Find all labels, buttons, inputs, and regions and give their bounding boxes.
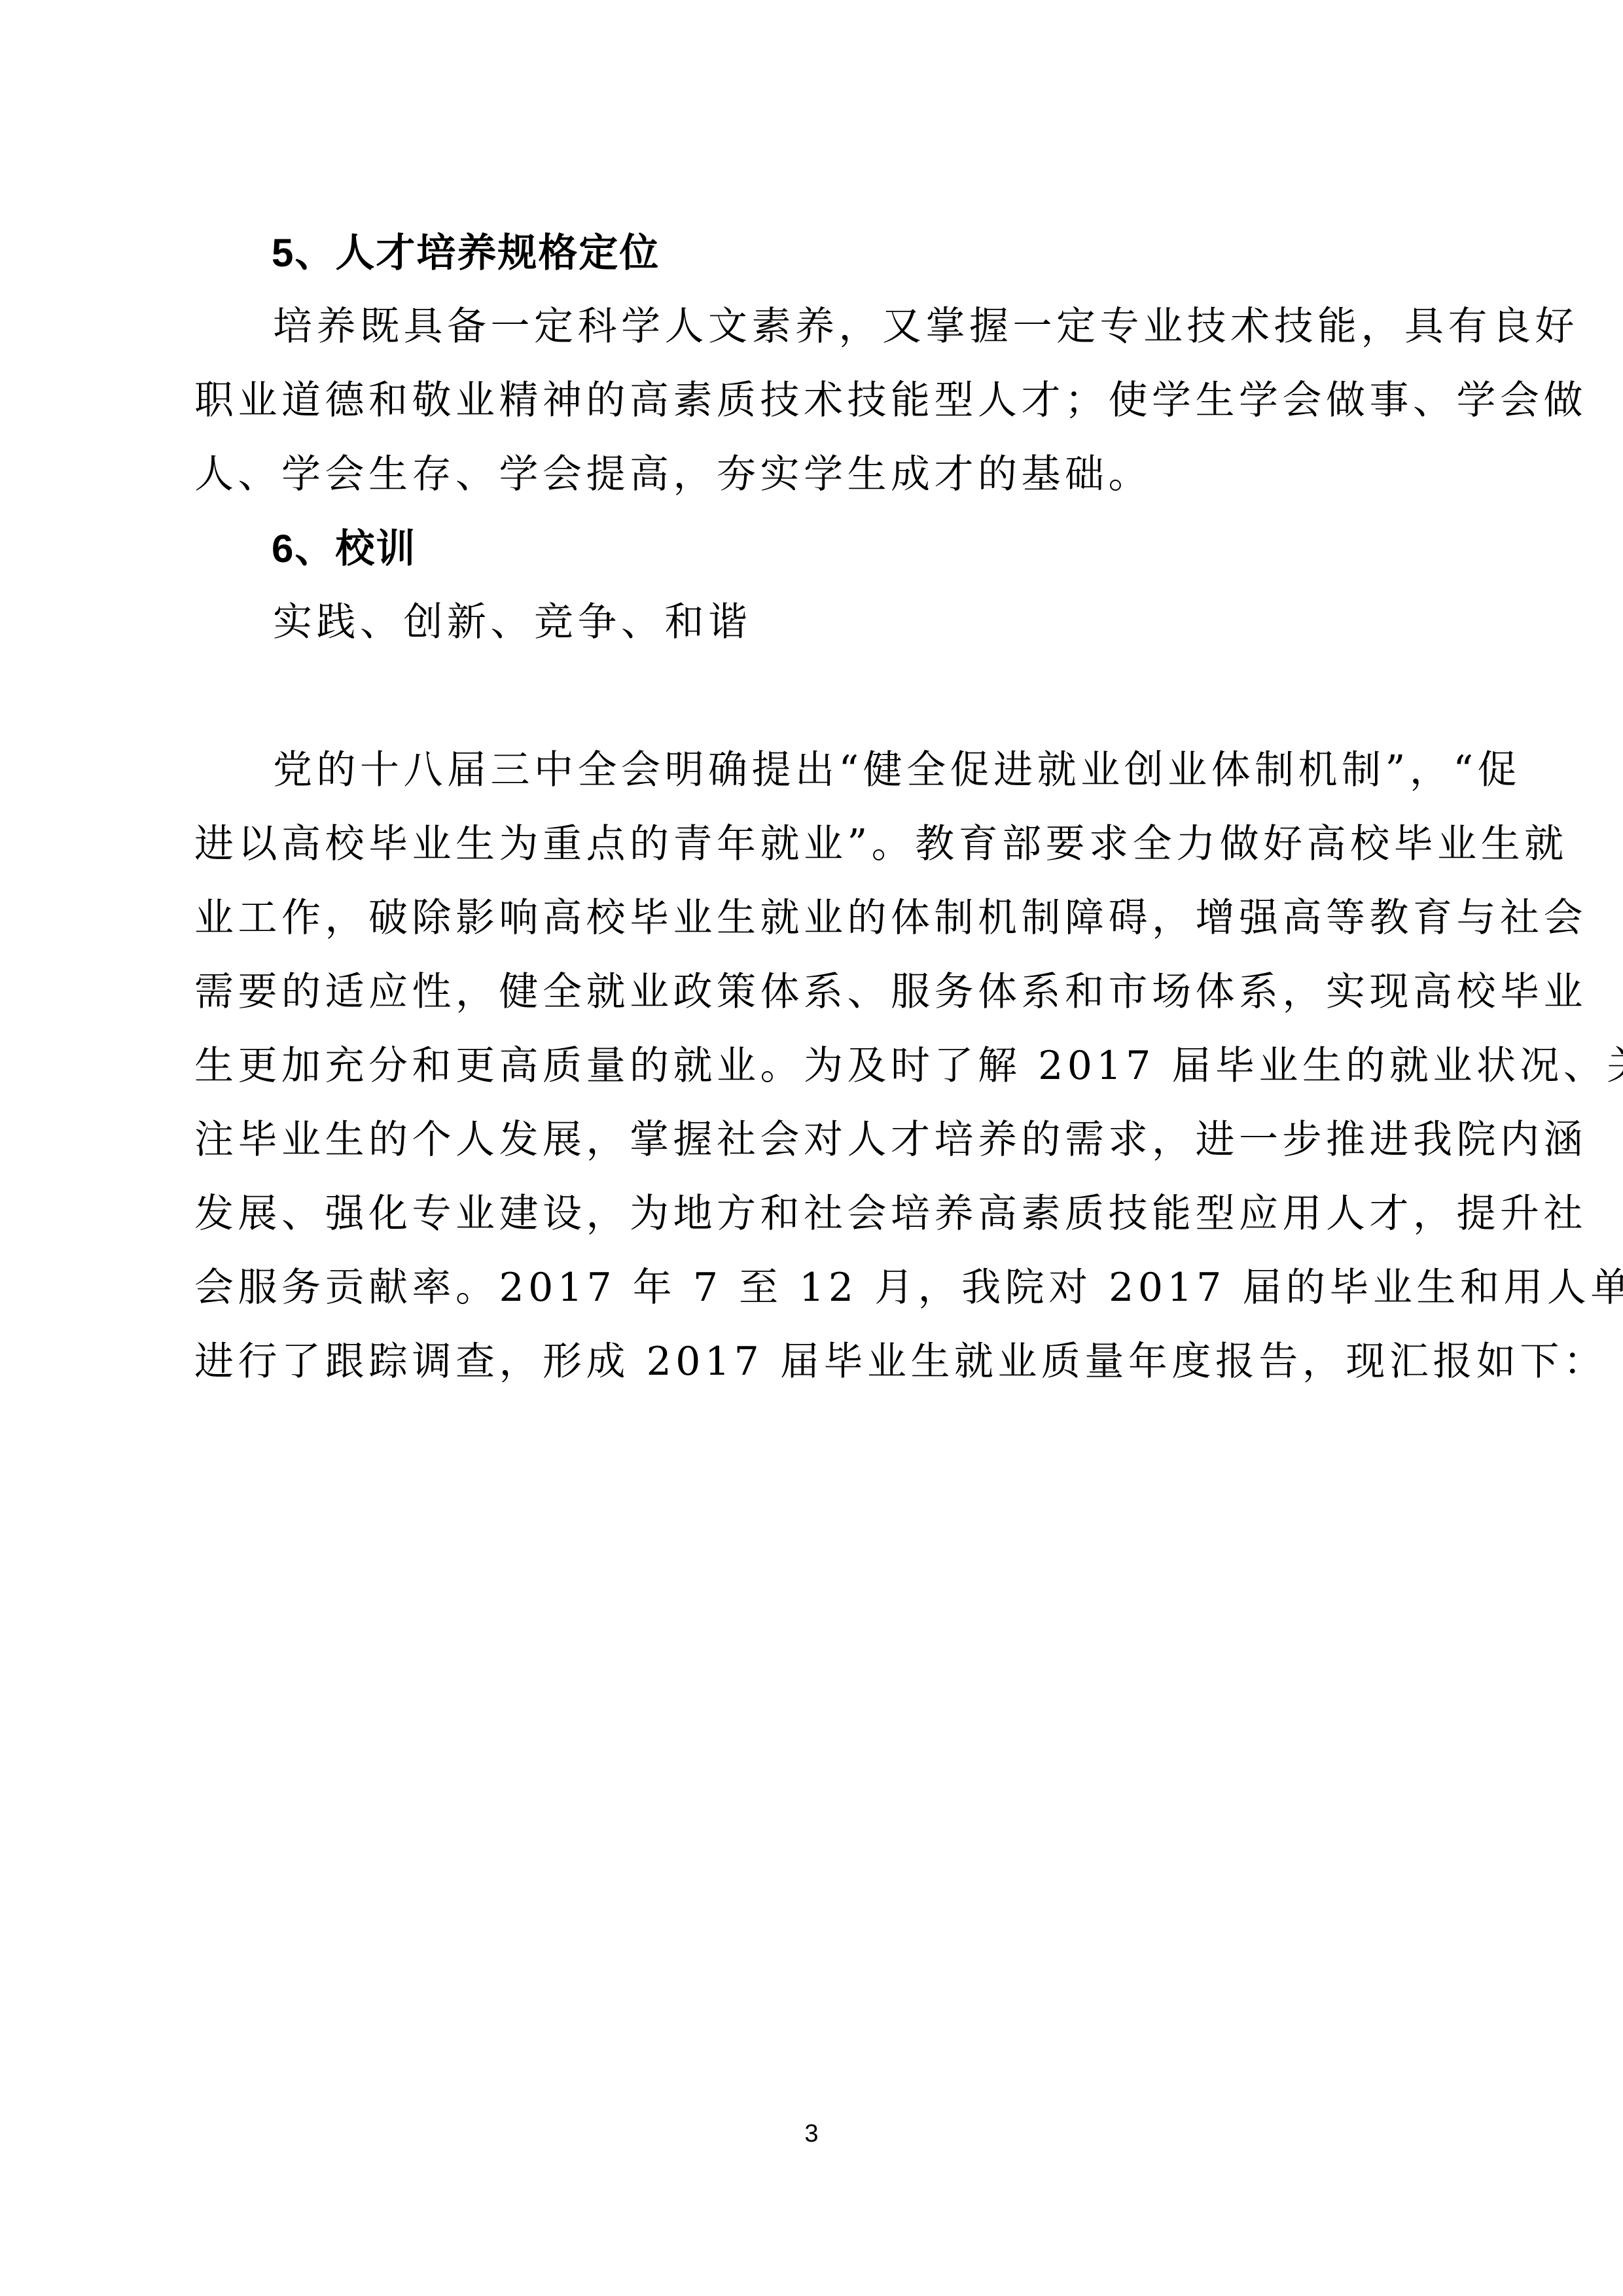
- section-heading-talent-spec: 5、人才培养规格定位: [194, 216, 1431, 290]
- document-page: 5、人才培养规格定位 培养既具备一定科学人文素养，又掌握一定专业技术技能，具有良…: [0, 0, 1623, 2296]
- text-line: 培养既具备一定科学人文素养，又掌握一定专业技术技能，具有良好: [194, 290, 1431, 364]
- text-line: 发展、强化专业建设，为地方和社会培养高素质技能型应用人才，提升社: [194, 1177, 1431, 1251]
- section-heading-motto: 6、校训: [194, 512, 1431, 586]
- text-line: 人、学会生存、学会提高，夯实学生成才的基础。: [194, 438, 1431, 512]
- blank-line: [194, 660, 1431, 733]
- text-line: 党的十八届三中全会明确提出“健全促进就业创业体制机制”，“促: [194, 733, 1431, 807]
- paragraph-intro: 党的十八届三中全会明确提出“健全促进就业创业体制机制”，“促 进以高校毕业生为重…: [194, 733, 1431, 1399]
- text-line: 进以高校毕业生为重点的青年就业”。教育部要求全力做好高校毕业生就: [194, 807, 1431, 881]
- page-number: 3: [0, 2120, 1623, 2148]
- paragraph-talent-spec: 培养既具备一定科学人文素养，又掌握一定专业技术技能，具有良好 职业道德和敬业精神…: [194, 290, 1431, 512]
- text-line: 注毕业生的个人发展，掌握社会对人才培养的需求，进一步推进我院内涵: [194, 1103, 1431, 1177]
- text-line: 职业道德和敬业精神的高素质技术技能型人才；使学生学会做事、学会做: [194, 364, 1431, 438]
- page-content: 5、人才培养规格定位 培养既具备一定科学人文素养，又掌握一定专业技术技能，具有良…: [194, 216, 1431, 1399]
- paragraph-motto: 实践、创新、竞争、和谐: [194, 586, 1431, 660]
- text-line: 生更加充分和更高质量的就业。为及时了解 2017 届毕业生的就业状况、关: [194, 1029, 1431, 1103]
- text-line: 会服务贡献率。2017 年 7 至 12 月，我院对 2017 届的毕业生和用人…: [194, 1251, 1431, 1325]
- text-line: 需要的适应性，健全就业政策体系、服务体系和市场体系，实现高校毕业: [194, 955, 1431, 1029]
- motto-text: 实践、创新、竞争、和谐: [194, 586, 1431, 660]
- text-line: 业工作，破除影响高校毕业生就业的体制机制障碍，增强高等教育与社会: [194, 881, 1431, 955]
- text-line: 进行了跟踪调查，形成 2017 届毕业生就业质量年度报告，现汇报如下：: [194, 1325, 1431, 1399]
